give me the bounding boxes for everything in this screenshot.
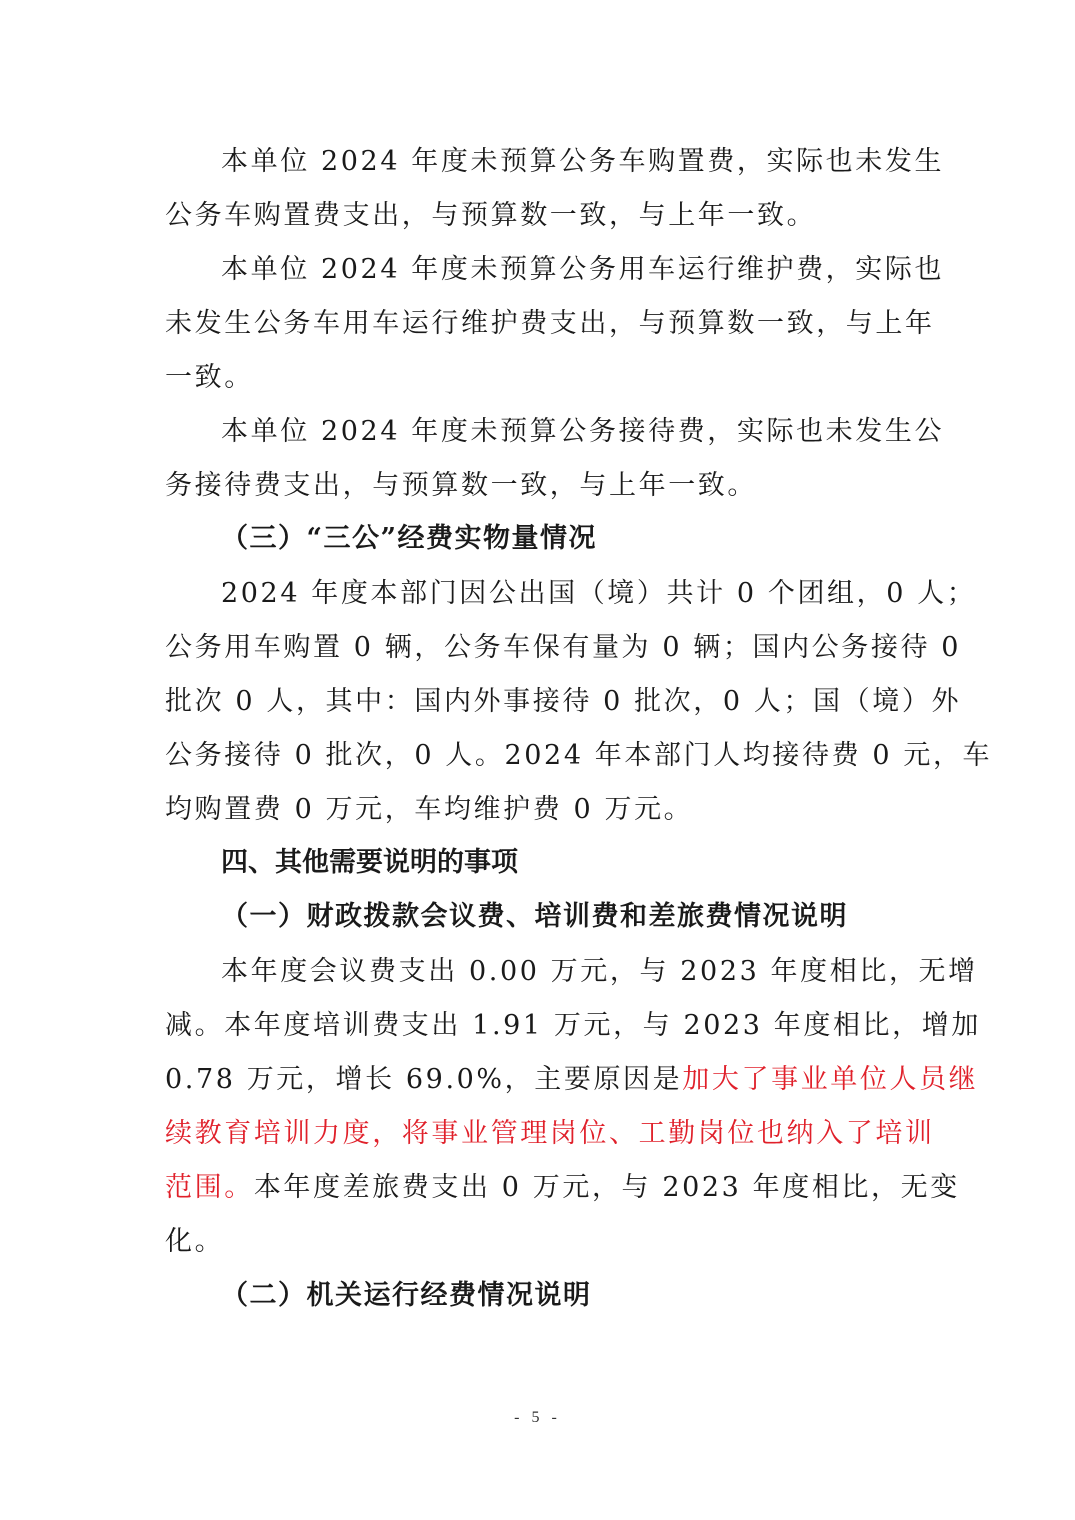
physical-quantity-line-5: 均购置费 0 万元，车均维护费 0 万元。 <box>165 794 693 826</box>
physical-quantity-line-3: 批次 0 人，其中：国内外事接待 0 批次，0 人；国（境）外 <box>165 686 961 718</box>
highlighted-reason-end: 范围。 <box>165 1172 254 1203</box>
highlighted-reason-line-2: 续教育培训力度，将事业管理岗位、工勤岗位也纳入了培训 <box>165 1118 935 1150</box>
paragraph-reception-line-1: 本单位 2024 年度未预算公务接待费，实际也未发生公 <box>221 416 944 448</box>
paragraph-vehicle-purchase-line-2: 公务车购置费支出，与预算数一致，与上年一致。 <box>165 200 816 232</box>
physical-quantity-line-4: 公务接待 0 批次，0 人。2024 年本部门人均接待费 0 元，车 <box>165 740 992 772</box>
paragraph-vehicle-maintenance-line-2: 未发生公务车用车运行维护费支出，与预算数一致，与上年 <box>165 308 935 340</box>
expense-line-3-text: 0.78 万元，增长 69.0%，主要原因是 <box>165 1064 682 1095</box>
heading-agency-operating-expenses: （二）机关运行经费情况说明 <box>221 1280 592 1312</box>
expense-line-5: 范围。本年度差旅费支出 0 万元，与 2023 年度相比，无变 <box>165 1172 960 1204</box>
heading-section-four: 四、其他需要说明的事项 <box>221 847 518 879</box>
expense-line-1: 本年度会议费支出 0.00 万元，与 2023 年度相比，无增 <box>221 956 978 988</box>
heading-meeting-training-travel: （一）财政拨款会议费、培训费和差旅费情况说明 <box>221 901 848 933</box>
physical-quantity-line-2: 公务用车购置 0 辆，公务车保有量为 0 辆；国内公务接待 0 <box>165 632 961 664</box>
travel-expense-text: 本年度差旅费支出 0 万元，与 2023 年度相比，无变 <box>254 1172 960 1203</box>
paragraph-vehicle-maintenance-line-3: 一致。 <box>165 362 254 394</box>
paragraph-vehicle-maintenance-line-1: 本单位 2024 年度未预算公务用车运行维护费，实际也 <box>221 254 944 286</box>
page-number: - 5 - <box>0 1409 1075 1427</box>
expense-line-6: 化。 <box>165 1226 224 1258</box>
expense-line-3: 0.78 万元，增长 69.0%，主要原因是加大了事业单位人员继 <box>165 1064 978 1096</box>
expense-line-2: 减。本年度培训费支出 1.91 万元，与 2023 年度相比，增加 <box>165 1010 981 1042</box>
paragraph-vehicle-purchase-line-1: 本单位 2024 年度未预算公务车购置费，实际也未发生 <box>221 146 944 178</box>
highlighted-reason-text: 加大了事业单位人员继 <box>682 1064 978 1095</box>
paragraph-reception-line-2: 务接待费支出，与预算数一致，与上年一致。 <box>165 470 757 502</box>
heading-three-public-physical: （三）“三公”经费实物量情况 <box>221 523 597 555</box>
physical-quantity-line-1: 2024 年度本部门因公出国（境）共计 0 个团组，0 人； <box>221 578 976 610</box>
